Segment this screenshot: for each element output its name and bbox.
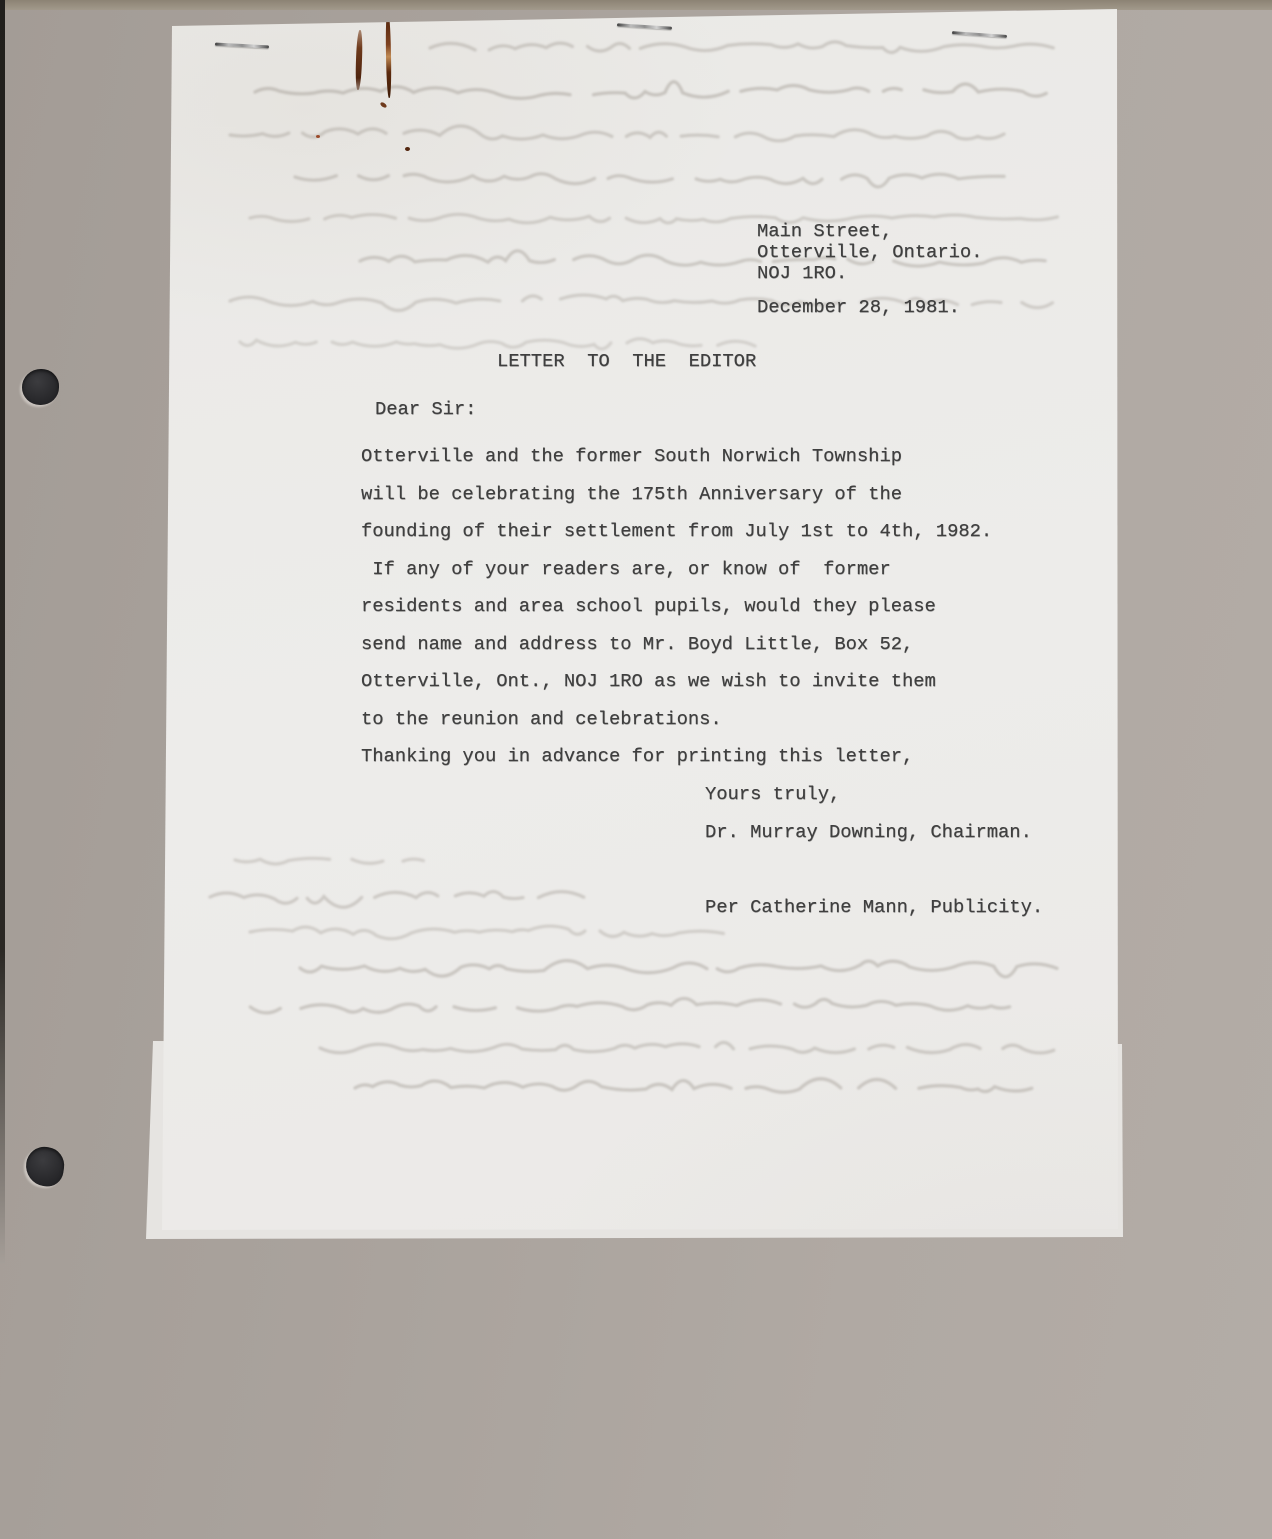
punch-hole-top [22,369,59,405]
rust-speck [316,135,320,138]
rust-speck [379,101,387,108]
letter-body: Otterville and the former South Norwich … [361,438,992,776]
rust-speck [405,147,410,151]
letter-sheet: Main Street, Otterville, Ontario. NOJ 1R… [0,0,1272,1539]
salutation: Dear Sir: [375,398,476,420]
letter-title: LETTER TO THE EDITOR [497,350,756,372]
rust-stain-streak [355,30,363,90]
rust-stain-streak [385,12,392,98]
signature-block: Yours truly, Dr. Murray Downing, Chairma… [705,776,1043,926]
archive-scrapbook-page: Main Street, Otterville, Ontario. NOJ 1R… [0,0,1272,1539]
backing-board-top-edge [0,0,1272,10]
punch-hole-bottom [23,1145,66,1189]
sender-address: Main Street, Otterville, Ontario. NOJ 1R… [757,221,982,284]
letter-date: December 28, 1981. [757,296,960,318]
backing-board-left-edge [0,0,5,1265]
